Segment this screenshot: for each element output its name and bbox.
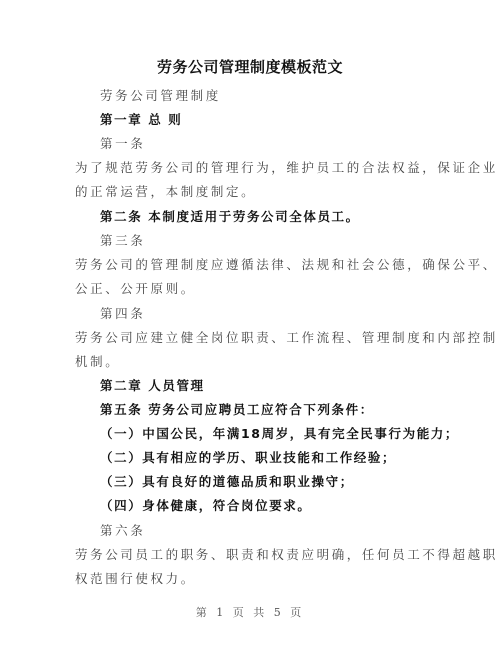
article1-text-line2: 的正常运营，本制度制定。: [75, 182, 256, 200]
article2-text: 第二条 本制度适用于劳务公司全体员工。: [100, 207, 360, 225]
article6-text-line1: 劳务公司员工的职务、职责和权责应明确，任何员工不得超越职: [75, 545, 498, 563]
document-title: 劳务公司管理制度模板范文: [0, 56, 500, 77]
article4-label: 第四条: [100, 304, 145, 322]
chapter1-heading: 第一章 总 则: [100, 110, 182, 128]
article5-heading: 第五条 劳务公司应聘员工应符合下列条件：: [100, 400, 374, 418]
article5-item-4: （四）身体健康，符合岗位要求。: [100, 496, 312, 514]
article5-item-2: （二）具有相应的学历、职业技能和工作经验；: [100, 448, 396, 466]
article3-text-line1: 劳务公司的管理制度应遵循法律、法规和社会公德，确保公平、: [75, 255, 498, 273]
article5-item-1: （一）中国公民，年满18周岁，具有完全民事行为能力；: [100, 424, 459, 442]
chapter2-heading: 第二章 人员管理: [100, 376, 205, 394]
article1-label: 第一条: [100, 134, 145, 152]
article6-label: 第六条: [100, 521, 145, 539]
article5-item-3: （三）具有良好的道德品质和职业操守；: [100, 472, 354, 490]
article6-text-line2: 权范围行使权力。: [75, 569, 196, 587]
page-indicator: 第 1 页 共 5 页: [0, 604, 500, 620]
document-subtitle: 劳务公司管理制度: [100, 86, 221, 104]
article4-text-line2: 机制。: [75, 352, 120, 370]
article1-text-line1: 为了规范劳务公司的管理行为，维护员工的合法权益，保证企业: [75, 158, 498, 176]
article3-text-line2: 公正、公开原则。: [75, 279, 196, 297]
article3-label: 第三条: [100, 231, 145, 249]
article4-text-line1: 劳务公司应建立健全岗位职责、工作流程、管理制度和内部控制: [75, 328, 498, 346]
document-page: 劳务公司管理制度模板范文 劳务公司管理制度 第一章 总 则 第一条 为了规范劳务…: [0, 0, 500, 647]
